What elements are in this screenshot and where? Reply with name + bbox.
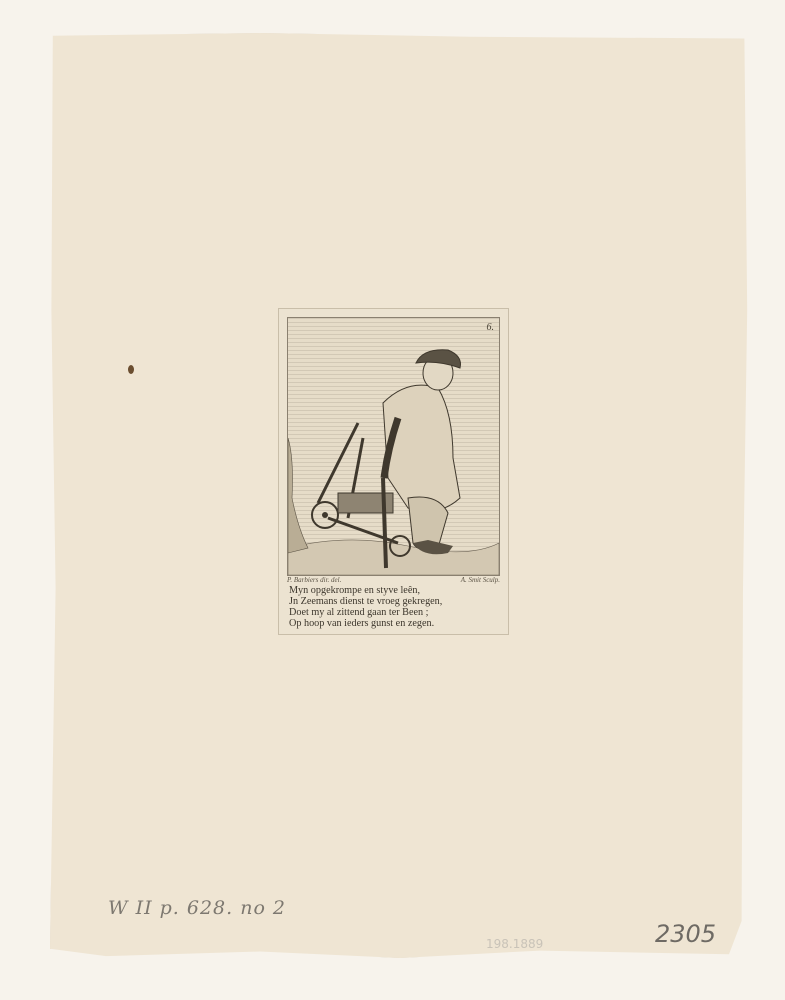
inventory-number: 2305: [655, 920, 716, 948]
verse-caption: Myn opgekrompe en styve leên, Jn Zeemans…: [289, 585, 500, 629]
verse-line: Jn Zeemans dienst te vroeg gekregen,: [289, 596, 500, 607]
verse-line: Myn opgekrompe en styve leên,: [289, 585, 500, 596]
etching-image: 6.: [287, 317, 500, 576]
plate-number: 6.: [487, 322, 495, 333]
designer-credit: P. Barbiers dir. del.: [287, 576, 341, 584]
collection-stamp: 198.1889: [486, 937, 543, 951]
artist-credits: P. Barbiers dir. del. A. Smit Sculp.: [287, 576, 500, 584]
verse-line: Op hoop van ieders gunst en zegen.: [289, 618, 500, 629]
verse-line: Doet my al zittend gaan ter Been ;: [289, 607, 500, 618]
crippled-sailor-illustration: [288, 318, 499, 575]
engraver-credit: A. Smit Sculp.: [461, 576, 500, 584]
etching-plate: 6. P. Barbiers dir. del. A. Smit Sculp. …: [278, 308, 509, 635]
catalogue-reference: W II p. 628. no 2: [108, 897, 286, 919]
foxing-stain: [128, 365, 134, 374]
